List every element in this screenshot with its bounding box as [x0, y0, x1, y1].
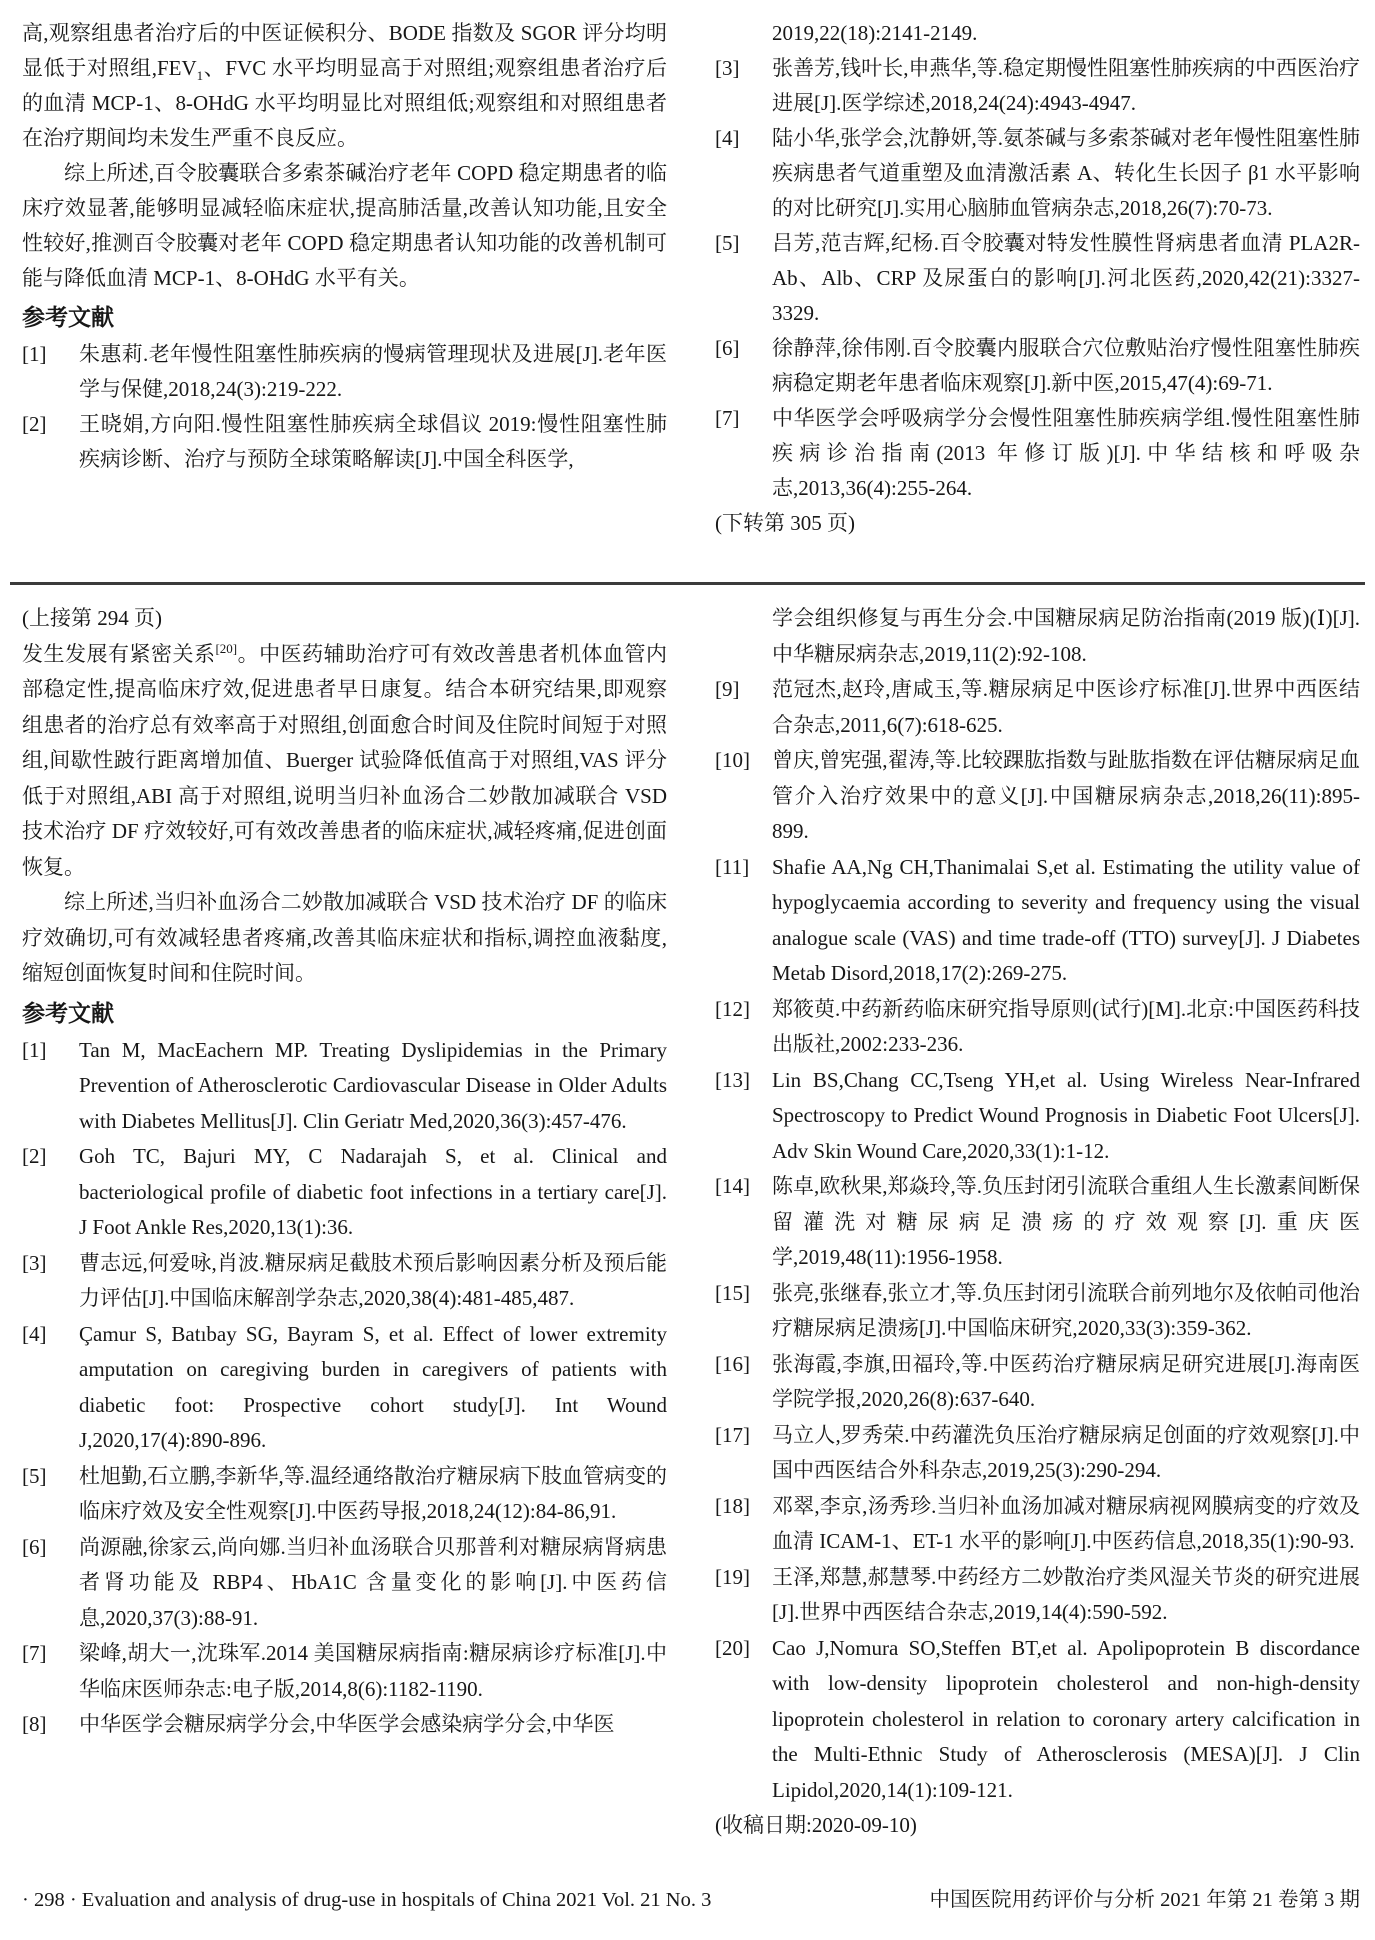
reference-number: [7] — [715, 401, 740, 436]
reference-item: [16]张海霞,李旗,田福玲,等.中医药治疗糖尿病足研究进展[J].海南医学院学… — [715, 1347, 1360, 1418]
reference-item: [6]尚源融,徐家云,尚向娜.当归补血汤联合贝那普利对糖尿病肾病患者肾功能及 R… — [22, 1530, 667, 1637]
section-divider — [10, 582, 1365, 585]
reference-item: [19]王泽,郑慧,郝慧琴.中药经方二妙散治疗类风湿关节炎的研究进展[J].世界… — [715, 1560, 1360, 1631]
reference-number: [3] — [22, 1246, 47, 1282]
reference-item: [3]张善芳,钱叶长,申燕华,等.稳定期慢性阻塞性肺疾病的中西医治疗进展[J].… — [715, 51, 1360, 121]
bottom-right-column: 学会组织修复与再生分会.中国糖尿病足防治指南(2019 版)(Ⅰ)[J].中华糖… — [715, 601, 1360, 1883]
reference-item: [13]Lin BS,Chang CC,Tseng YH,et al. Usin… — [715, 1063, 1360, 1170]
top-article-section: 高,观察组患者治疗后的中医证候积分、BODE 指数及 SGOR 评分均明显低于对… — [0, 16, 1375, 582]
reference-text: 陆小华,张学会,沈静妍,等.氨茶碱与多索茶碱对老年慢性阻塞性肺疾病患者气道重塑及… — [772, 126, 1360, 220]
reference-item: [4]Çamur S, Batıbay SG, Bayram S, et al.… — [22, 1317, 667, 1459]
reference-item: [5]吕芳,范吉辉,纪杨.百令胶囊对特发性膜性肾病患者血清 PLA2R-Ab、A… — [715, 226, 1360, 331]
reference-item: [3]曹志远,何爱咏,肖波.糖尿病足截肢术预后影响因素分析及预后能力评估[J].… — [22, 1246, 667, 1317]
reference-text: 邓翠,李京,汤秀珍.当归补血汤加减对糖尿病视网膜病变的疗效及血清 ICAM-1、… — [772, 1494, 1360, 1554]
footer-page-info-en: · 298 · Evaluation and analysis of drug-… — [22, 1887, 711, 1913]
reference-item: [2]Goh TC, Bajuri MY, C Nadarajah S, et … — [22, 1139, 667, 1246]
reference-text: 梁峰,胡大一,沈珠军.2014 美国糖尿病指南:糖尿病诊疗标准[J].中华临床医… — [79, 1641, 667, 1701]
body-paragraph: 高,观察组患者治疗后的中医证候积分、BODE 指数及 SGOR 评分均明显低于对… — [22, 16, 667, 156]
body-paragraph: 综上所述,当归补血汤合二妙散加减联合 VSD 技术治疗 DF 的临床疗效确切,可… — [22, 885, 667, 992]
reference-list: [9]范冠杰,赵玲,唐咸玉,等.糖尿病足中医诊疗标准[J].世界中西医结合杂志,… — [715, 672, 1360, 1808]
reference-text: 曹志远,何爱咏,肖波.糖尿病足截肢术预后影响因素分析及预后能力评估[J].中国临… — [79, 1251, 667, 1311]
reference-text: 张善芳,钱叶长,申燕华,等.稳定期慢性阻塞性肺疾病的中西医治疗进展[J].医学综… — [772, 56, 1360, 115]
reference-number: [2] — [22, 407, 47, 442]
references-heading: 参考文献 — [22, 298, 667, 336]
reference-text: 张海霞,李旗,田福玲,等.中医药治疗糖尿病足研究进展[J].海南医学院学报,20… — [772, 1352, 1360, 1412]
reference-text: 王泽,郑慧,郝慧琴.中药经方二妙散治疗类风湿关节炎的研究进展[J].世界中西医结… — [772, 1565, 1360, 1625]
reference-continuation: 2019,22(18):2141-2149. — [715, 16, 1360, 51]
reference-number: [3] — [715, 51, 740, 86]
reference-text: 吕芳,范吉辉,纪杨.百令胶囊对特发性膜性肾病患者血清 PLA2R-Ab、Alb、… — [772, 231, 1360, 325]
reference-number: [11] — [715, 850, 749, 886]
references-heading: 参考文献 — [22, 994, 667, 1032]
reference-text: Çamur S, Batıbay SG, Bayram S, et al. Ef… — [79, 1322, 667, 1453]
bottom-article-section: (上接第 294 页) 发生发展有紧密关系[20]。中医药辅助治疗可有效改善患者… — [0, 601, 1375, 1883]
reference-item: [7]中华医学会呼吸病学分会慢性阻塞性肺疾病学组.慢性阻塞性肺疾病诊治指南(20… — [715, 401, 1360, 506]
reference-item: [7]梁峰,胡大一,沈珠军.2014 美国糖尿病指南:糖尿病诊疗标准[J].中华… — [22, 1636, 667, 1707]
reference-text: Lin BS,Chang CC,Tseng YH,et al. Using Wi… — [772, 1068, 1360, 1163]
reference-text: 中华医学会糖尿病学分会,中华医学会感染病学分会,中华医 — [79, 1712, 615, 1736]
reference-number: [10] — [715, 743, 750, 779]
reference-item: [14]陈卓,欧秋果,郑焱玲,等.负压封闭引流联合重组人生长激素间断保留灌洗对糖… — [715, 1169, 1360, 1276]
reference-number: [6] — [22, 1530, 47, 1566]
continued-on-page-note: (下转第 305 页) — [715, 506, 1360, 541]
reference-item: [17]马立人,罗秀荣.中药灌洗负压治疗糖尿病足创面的疗效观察[J].中国中西医… — [715, 1418, 1360, 1489]
reference-number: [15] — [715, 1276, 750, 1312]
reference-number: [4] — [715, 121, 740, 156]
reference-item: [6]徐静萍,徐伟刚.百令胶囊内服联合穴位敷贴治疗慢性阻塞性肺疾病稳定期老年患者… — [715, 331, 1360, 401]
reference-item: [1]Tan M, MacEachern MP. Treating Dyslip… — [22, 1033, 667, 1140]
reference-list: [1]Tan M, MacEachern MP. Treating Dyslip… — [22, 1033, 667, 1743]
reference-item: [18]邓翠,李京,汤秀珍.当归补血汤加减对糖尿病视网膜病变的疗效及血清 ICA… — [715, 1489, 1360, 1560]
reference-number: [19] — [715, 1560, 750, 1596]
reference-text: 朱惠莉.老年慢性阻塞性肺疾病的慢病管理现状及进展[J].老年医学与保健,2018… — [79, 342, 667, 401]
reference-text: Tan M, MacEachern MP. Treating Dyslipide… — [79, 1038, 667, 1133]
reference-text: 杜旭勤,石立鹏,李新华,等.温经通络散治疗糖尿病下肢血管病变的临床疗效及安全性观… — [79, 1464, 667, 1524]
reference-list: [1]朱惠莉.老年慢性阻塞性肺疾病的慢病管理现状及进展[J].老年医学与保健,2… — [22, 337, 667, 477]
reference-number: [8] — [22, 1707, 47, 1743]
reference-number: [1] — [22, 1033, 47, 1069]
paragraph-text: 。中医药辅助治疗可有效改善患者机体血管内部稳定性,提高临床疗效,促进患者早日康复… — [22, 642, 667, 879]
reference-number: [17] — [715, 1418, 750, 1454]
reference-text: 陈卓,欧秋果,郑焱玲,等.负压封闭引流联合重组人生长激素间断保留灌洗对糖尿病足溃… — [772, 1174, 1360, 1269]
reference-item: [20]Cao J,Nomura SO,Steffen BT,et al. Ap… — [715, 1631, 1360, 1809]
reference-text: 中华医学会呼吸病学分会慢性阻塞性肺疾病学组.慢性阻塞性肺疾病诊治指南(2013 … — [772, 406, 1360, 500]
received-date-note: (收稿日期:2020-09-10) — [715, 1808, 1360, 1844]
footer-journal-info-cn: 中国医院用药评价与分析 2021 年第 21 卷第 3 期 — [930, 1887, 1361, 1913]
reference-text: Shafie AA,Ng CH,Thanimalai S,et al. Esti… — [772, 855, 1360, 986]
reference-text: 郑筱萸.中药新药临床研究指导原则(试行)[M].北京:中国医药科技出版社,200… — [772, 997, 1360, 1057]
reference-text: 张亮,张继春,张立才,等.负压封闭引流联合前列地尔及依帕司他治疗糖尿病足溃疡[J… — [772, 1281, 1360, 1341]
reference-item: [2]王晓娟,方向阳.慢性阻塞性肺疾病全球倡议 2019:慢性阻塞性肺疾病诊断、… — [22, 407, 667, 477]
reference-text: 曾庆,曾宪强,翟涛,等.比较踝肱指数与趾肱指数在评估糖尿病足血管介入治疗效果中的… — [772, 748, 1360, 843]
reference-item: [4]陆小华,张学会,沈静妍,等.氨茶碱与多索茶碱对老年慢性阻塞性肺疾病患者气道… — [715, 121, 1360, 226]
reference-number: [5] — [22, 1459, 47, 1495]
reference-number: [7] — [22, 1636, 47, 1672]
reference-item: [9]范冠杰,赵玲,唐咸玉,等.糖尿病足中医诊疗标准[J].世界中西医结合杂志,… — [715, 672, 1360, 743]
reference-item: [15]张亮,张继春,张立才,等.负压封闭引流联合前列地尔及依帕司他治疗糖尿病足… — [715, 1276, 1360, 1347]
reference-continuation: 学会组织修复与再生分会.中国糖尿病足防治指南(2019 版)(Ⅰ)[J].中华糖… — [715, 601, 1360, 672]
reference-text: 马立人,罗秀荣.中药灌洗负压治疗糖尿病足创面的疗效观察[J].中国中西医结合外科… — [772, 1423, 1360, 1483]
reference-item: [11]Shafie AA,Ng CH,Thanimalai S,et al. … — [715, 850, 1360, 992]
journal-page: { "top": { "left": { "p1_pre": "高,观察组患者治… — [0, 0, 1375, 1940]
reference-text: Goh TC, Bajuri MY, C Nadarajah S, et al.… — [79, 1144, 667, 1239]
reference-number: [2] — [22, 1139, 47, 1175]
reference-number: [20] — [715, 1631, 750, 1667]
reference-item: [5]杜旭勤,石立鹏,李新华,等.温经通络散治疗糖尿病下肢血管病变的临床疗效及安… — [22, 1459, 667, 1530]
body-paragraph: 综上所述,百令胶囊联合多索茶碱治疗老年 COPD 稳定期患者的临床疗效显著,能够… — [22, 156, 667, 296]
reference-item: [8]中华医学会糖尿病学分会,中华医学会感染病学分会,中华医 — [22, 1707, 667, 1743]
reference-text: 王晓娟,方向阳.慢性阻塞性肺疾病全球倡议 2019:慢性阻塞性肺疾病诊断、治疗与… — [79, 412, 667, 471]
reference-text: 尚源融,徐家云,尚向娜.当归补血汤联合贝那普利对糖尿病肾病患者肾功能及 RBP4… — [79, 1535, 667, 1630]
reference-text: 徐静萍,徐伟刚.百令胶囊内服联合穴位敷贴治疗慢性阻塞性肺疾病稳定期老年患者临床观… — [772, 336, 1360, 395]
reference-item: [10]曾庆,曾宪强,翟涛,等.比较踝肱指数与趾肱指数在评估糖尿病足血管介入治疗… — [715, 743, 1360, 850]
reference-number: [16] — [715, 1347, 750, 1383]
top-right-column: 2019,22(18):2141-2149. [3]张善芳,钱叶长,申燕华,等.… — [715, 16, 1360, 582]
body-paragraph: 发生发展有紧密关系[20]。中医药辅助治疗可有效改善患者机体血管内部稳定性,提高… — [22, 637, 667, 886]
reference-item: [1]朱惠莉.老年慢性阻塞性肺疾病的慢病管理现状及进展[J].老年医学与保健,2… — [22, 337, 667, 407]
top-left-column: 高,观察组患者治疗后的中医证候积分、BODE 指数及 SGOR 评分均明显低于对… — [22, 16, 667, 582]
reference-text: Cao J,Nomura SO,Steffen BT,et al. Apolip… — [772, 1636, 1360, 1802]
reference-number: [18] — [715, 1489, 750, 1525]
reference-number: [1] — [22, 337, 47, 372]
citation-superscript: [20] — [215, 641, 237, 656]
paragraph-text: 发生发展有紧密关系 — [22, 642, 215, 666]
reference-number: [13] — [715, 1063, 750, 1099]
continued-from-page-note: (上接第 294 页) — [22, 601, 667, 637]
reference-number: [4] — [22, 1317, 47, 1353]
reference-number: [9] — [715, 672, 740, 708]
reference-number: [6] — [715, 331, 740, 366]
page-footer: · 298 · Evaluation and analysis of drug-… — [22, 1887, 1360, 1913]
reference-item: [12]郑筱萸.中药新药临床研究指导原则(试行)[M].北京:中国医药科技出版社… — [715, 992, 1360, 1063]
reference-number: [12] — [715, 992, 750, 1028]
bottom-left-column: (上接第 294 页) 发生发展有紧密关系[20]。中医药辅助治疗可有效改善患者… — [22, 601, 667, 1883]
reference-number: [5] — [715, 226, 740, 261]
reference-number: [14] — [715, 1169, 750, 1205]
reference-list: [3]张善芳,钱叶长,申燕华,等.稳定期慢性阻塞性肺疾病的中西医治疗进展[J].… — [715, 51, 1360, 506]
reference-text: 范冠杰,赵玲,唐咸玉,等.糖尿病足中医诊疗标准[J].世界中西医结合杂志,201… — [772, 677, 1360, 737]
